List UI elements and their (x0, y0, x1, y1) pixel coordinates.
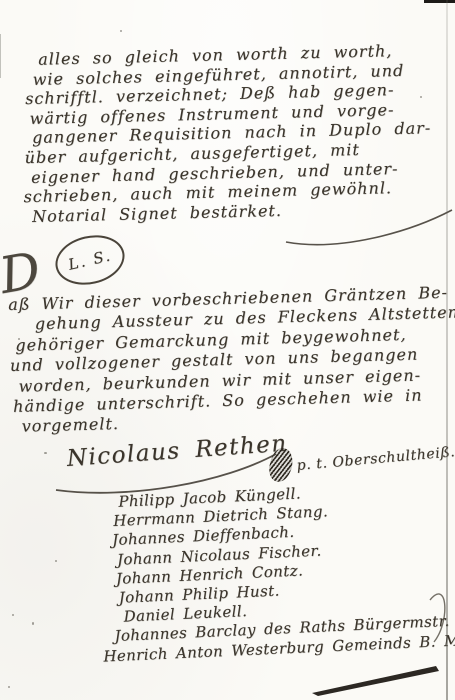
drop-cap-initial: D (0, 245, 44, 301)
scan-speck (120, 30, 122, 32)
scan-speck (12, 614, 14, 616)
scan-speck (44, 452, 47, 454)
scan-speck (55, 560, 57, 562)
principal-signature: Nicolaus Rethen (66, 431, 288, 472)
witness-signature-list: Philipp Jacob Küngell. Herrmann Dietrich… (112, 476, 455, 665)
scan-speck (420, 96, 422, 98)
scan-edge-left-smudge (0, 34, 1, 78)
scan-edge-right (446, 0, 448, 700)
seal-label: L. S. (67, 246, 114, 273)
scan-speck (32, 622, 34, 625)
locus-sigilli-seal: L. S. (50, 229, 129, 292)
scanned-manuscript-page: alles so gleich von worth zu worth, wie … (0, 0, 455, 700)
bottom-pen-stroke (312, 666, 439, 696)
scan-speck (18, 338, 20, 340)
scan-edge-top (424, 0, 455, 3)
principal-signature-title: p. t. Oberschultheiß. (296, 444, 455, 474)
scan-speck (8, 686, 10, 688)
notary-clause-paragraph: alles so gleich von worth zu worth, wie … (30, 40, 433, 226)
attestation-paragraph: aß Wir dieser vorbeschriebenen Gräntzen … (8, 282, 455, 437)
